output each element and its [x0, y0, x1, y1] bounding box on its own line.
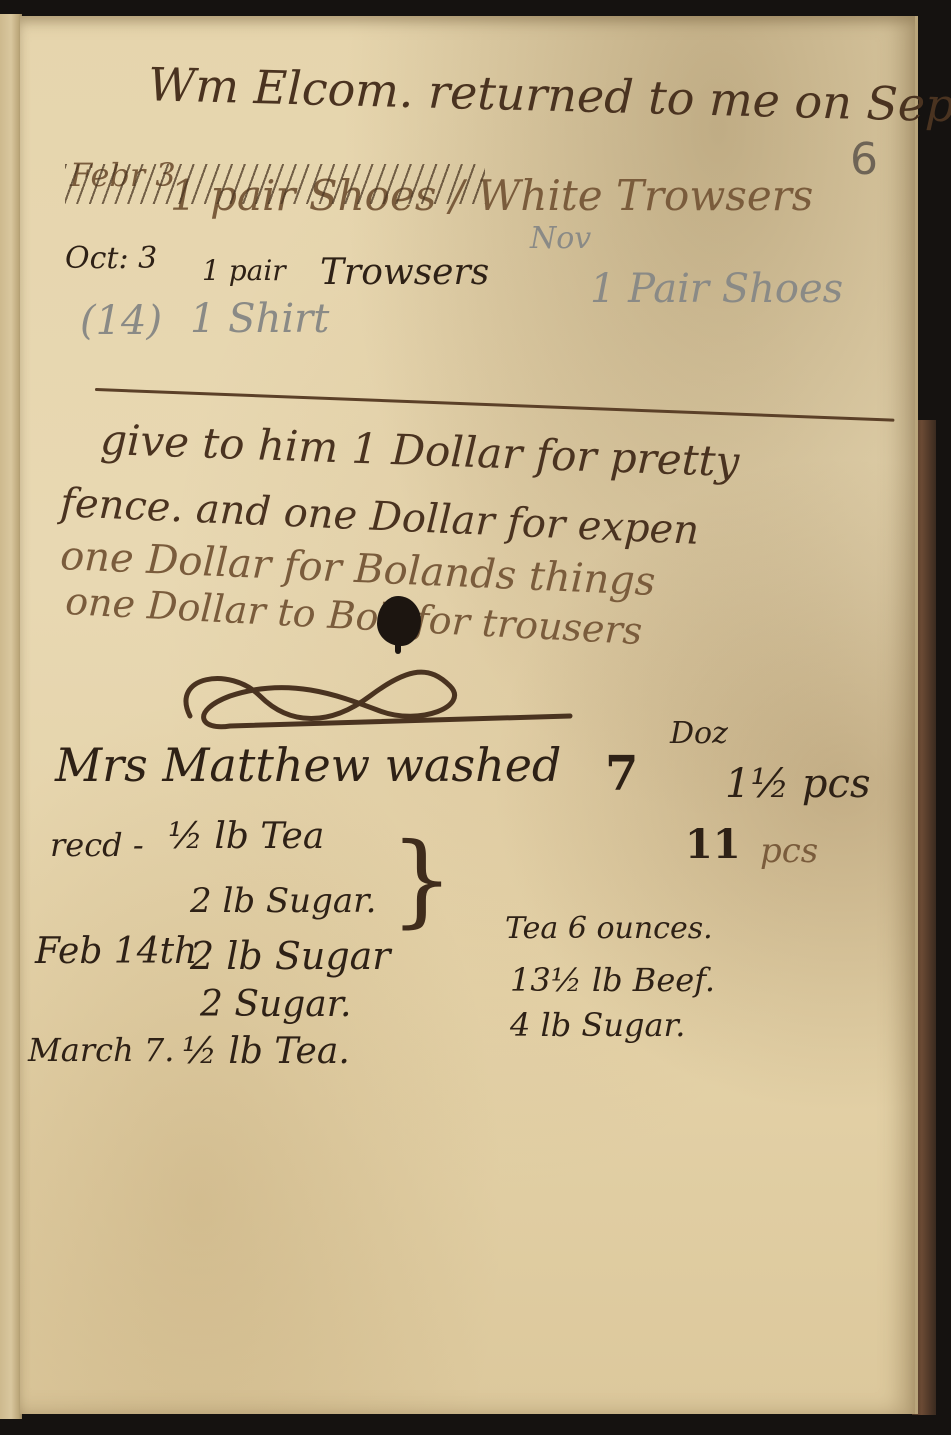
washing-extra: 1½ pcs: [725, 761, 870, 807]
march-date: March 7.: [28, 1031, 174, 1069]
washing-entry-text: Mrs Matthew washed: [55, 738, 561, 792]
right-column-sugar: 4 lb Sugar.: [510, 1006, 685, 1044]
oct-entry-text: 1 pair: [202, 254, 286, 287]
received-item-sugar: 2 lb Sugar.: [190, 881, 376, 921]
book-binding-left: [0, 14, 22, 1419]
oct-entry-item: Trowsers: [320, 252, 489, 293]
washing-unit: Doz: [670, 716, 728, 751]
feb-item-2: 2 Sugar.: [200, 984, 351, 1025]
bracket-brace: }: [390, 821, 454, 938]
pencil-nov: Nov: [530, 221, 591, 256]
divider-rule: [95, 388, 895, 422]
pen-flourish: [170, 656, 590, 736]
washing-pieces-count: 11: [685, 821, 741, 868]
oct-entry-date: Oct: 3: [65, 241, 157, 276]
right-column-tea: Tea 6 ounces.: [505, 911, 713, 946]
pencil-shirt: 1 Shirt: [190, 296, 329, 342]
right-column-beef: 13½ lb Beef.: [510, 961, 715, 999]
feb-date: Feb 14th: [35, 931, 197, 972]
dollar-line-1: give to him 1 Dollar for pretty: [99, 415, 740, 486]
pencil-pair-shoes: 1 Pair Shoes: [590, 266, 843, 312]
washing-pieces-label: pcs: [760, 831, 818, 871]
washing-count: 7: [605, 746, 638, 802]
march-item: ½ lb Tea.: [182, 1031, 350, 1072]
pencil-shirt-date: (14): [80, 298, 162, 344]
crossed-out-scribble: [65, 164, 485, 204]
received-label: recd -: [50, 826, 144, 864]
pencil-corner-mark: 6: [850, 134, 878, 185]
ink-blot: [377, 596, 421, 646]
header-entry: Wm Elcom. returned to me on Sept: [147, 57, 951, 133]
manuscript-page: Wm Elcom. returned to me on Sept 6 Febr …: [20, 16, 918, 1414]
feb-item-1: 2 lb Sugar: [190, 934, 390, 978]
received-item-tea: ½ lb Tea: [168, 816, 324, 857]
